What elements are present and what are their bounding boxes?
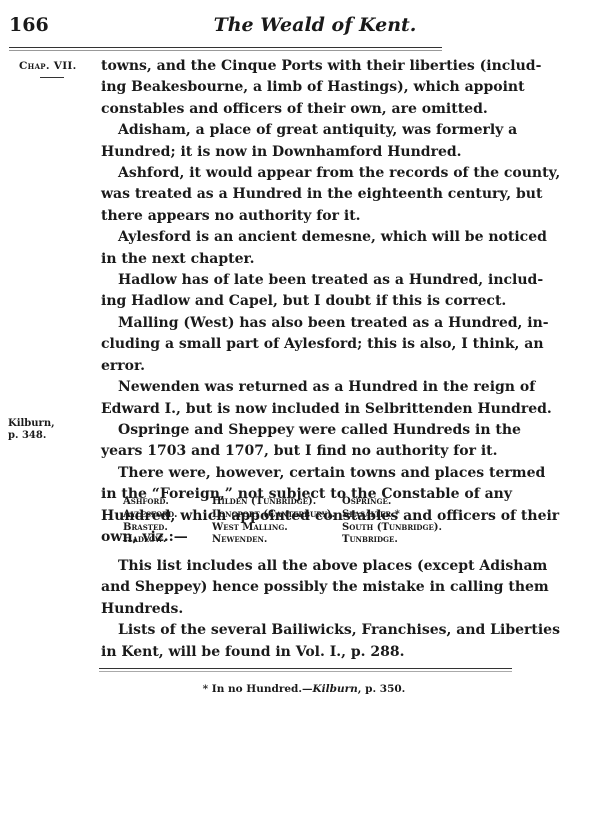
footnote-source: Kilburn (313, 683, 358, 695)
place-item: Ospringe. (342, 496, 472, 509)
footnote-rule (99, 668, 512, 669)
text-line: in the next chapter. (101, 249, 510, 270)
footnote-page: , p. 350. (358, 683, 406, 695)
place-item: Hadlow. (123, 534, 212, 547)
text-line: Hundreds. (101, 599, 510, 620)
text-line: Hundred; it is now in Downhamford Hundre… (101, 142, 510, 163)
text-line: cluding a small part of Aylesford; this … (101, 334, 510, 355)
running-title: The Weald of Kent. (0, 14, 600, 36)
text-line: constables and officers of their own, ar… (101, 99, 510, 120)
place-item: Seasalter.* (342, 509, 472, 522)
margin-note-line1: Kilburn, (8, 418, 55, 430)
footnote: * In no Hundred.—Kilburn, p. 350. (0, 683, 600, 695)
place-item: Tunbridge. (342, 534, 472, 547)
chapter-dash (40, 77, 64, 78)
text-line: ing Hadlow and Capel, but I doubt if thi… (101, 291, 510, 312)
text-line: error. (101, 356, 510, 377)
footnote-text: * In no Hundred.— (203, 683, 313, 695)
places-list: Ashford. Hilden (Tunbridge). Ospringe. A… (123, 496, 503, 547)
text-line: This list includes all the above places … (101, 556, 510, 577)
text-line: ing Beakesbourne, a limb of Hastings), w… (101, 77, 510, 98)
margin-note-line2: p. 348. (8, 430, 55, 442)
place-item: Brasted. (123, 522, 212, 535)
text-line: Lists of the several Bailiwicks, Franchi… (101, 620, 510, 641)
text-line: was treated as a Hundred in the eighteen… (101, 184, 510, 205)
body-text-continued: This list includes all the above places … (101, 556, 510, 663)
text-line: towns, and the Cinque Ports with their l… (101, 56, 510, 77)
text-line: and Sheppey) hence possibly the mistake … (101, 577, 510, 598)
place-item: Newenden. (212, 534, 342, 547)
text-line: There were, however, certain towns and p… (101, 463, 510, 484)
text-line: Adisham, a place of great antiquity, was… (101, 120, 510, 141)
place-item: West Malling. (212, 522, 342, 535)
place-item: Hilden (Tunbridge). (212, 496, 342, 509)
header-rule-thin (9, 50, 442, 51)
text-line: Aylesford is an ancient demesne, which w… (101, 227, 510, 248)
body-text: towns, and the Cinque Ports with their l… (101, 56, 510, 548)
footnote-rule-thin (99, 671, 512, 672)
place-item: Ashford. (123, 496, 212, 509)
text-line: Malling (West) has also been treated as … (101, 313, 510, 334)
text-line: Newenden was returned as a Hundred in th… (101, 377, 510, 398)
text-line: Ashford, it would appear from the record… (101, 163, 510, 184)
place-item: Aylesford. (123, 509, 212, 522)
text-line: in Kent, will be found in Vol. I., p. 28… (101, 642, 510, 663)
margin-note-reference: Kilburn, p. 348. (8, 418, 55, 442)
place-item: South (Tunbridge). (342, 522, 472, 535)
chapter-label: Chap. VII. (19, 60, 77, 72)
text-line: Ospringe and Sheppey were called Hundred… (101, 420, 510, 441)
place-item: Longport (Canterbury). (212, 509, 342, 522)
text-line: Hadlow has of late been treated as a Hun… (101, 270, 510, 291)
text-line: Edward I., but is now included in Selbri… (101, 399, 510, 420)
text-line: there appears no authority for it. (101, 206, 510, 227)
text-line: years 1703 and 1707, but I find no autho… (101, 441, 510, 462)
header-rule (9, 47, 442, 48)
